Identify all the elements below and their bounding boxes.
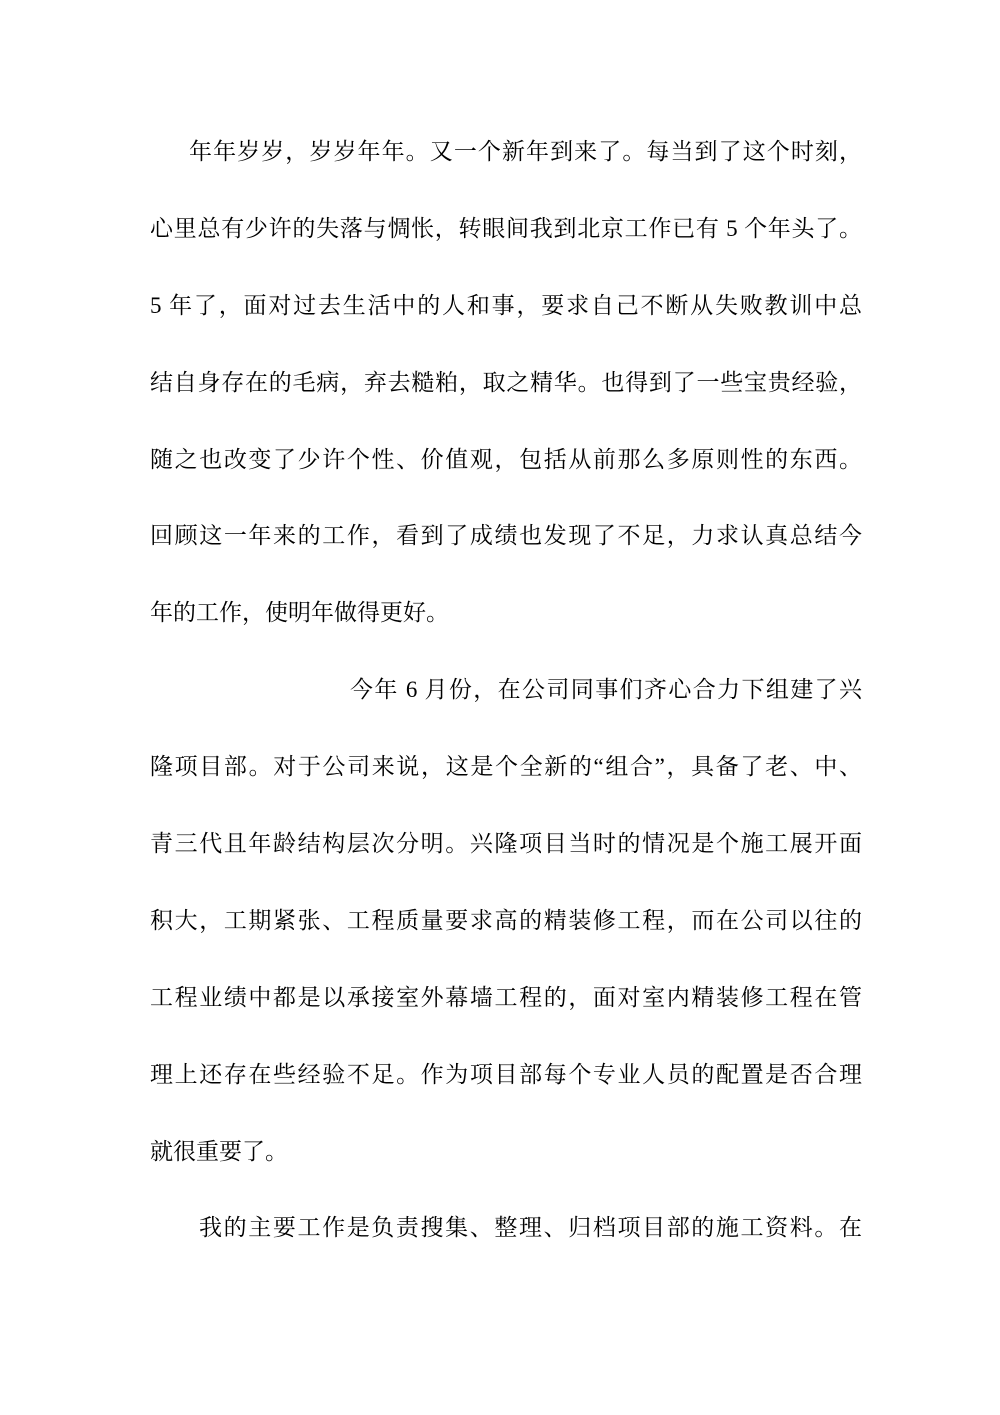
text-line: 心里总有少许的失落与惆怅，转眼间我到北京工作已有 5 个年头了。 (150, 191, 862, 268)
text-line: 结自身存在的毛病，弃去糙粕，取之精华。也得到了一些宝贵经验， (150, 345, 862, 422)
paragraph-1: 年年岁岁，岁岁年年。又一个新年到来了。每当到了这个时刻， 心里总有少许的失落与惆… (150, 114, 862, 652)
text-line: 年年岁岁，岁岁年年。又一个新年到来了。每当到了这个时刻， (150, 114, 862, 191)
text-line: 青三代且年龄结构层次分明。兴隆项目当时的情况是个施工展开面 (150, 806, 862, 883)
text-line: 积大，工期紧张、工程质量要求高的精装修工程，而在公司以往的 (150, 883, 862, 960)
text-line: 我的主要工作是负责搜集、整理、归档项目部的施工资料。在 (150, 1190, 862, 1267)
text-line: 隆项目部。对于公司来说，这是个全新的“组合”，具备了老、中、 (150, 729, 862, 806)
text-line: 年的工作，使明年做得更好。 (150, 575, 862, 652)
text-line: 理上还存在些经验不足。作为项目部每个专业人员的配置是否合理 (150, 1037, 862, 1114)
text-line: 就很重要了。 (150, 1114, 862, 1191)
paragraph-2: 今年 6 月份，在公司同事们齐心合力下组建了兴 隆项目部。对于公司来说，这是个全… (150, 652, 862, 1190)
text-line: 今年 6 月份，在公司同事们齐心合力下组建了兴 (150, 652, 862, 729)
text-line: 5 年了，面对过去生活中的人和事，要求自己不断从失败教训中总 (150, 268, 862, 345)
document-text-block: 年年岁岁，岁岁年年。又一个新年到来了。每当到了这个时刻， 心里总有少许的失落与惆… (150, 114, 862, 1267)
document-page: 年年岁岁，岁岁年年。又一个新年到来了。每当到了这个时刻， 心里总有少许的失落与惆… (0, 0, 1000, 1415)
text-line: 回顾这一年来的工作，看到了成绩也发现了不足，力求认真总结今 (150, 498, 862, 575)
text-line: 随之也改变了少许个性、价值观，包括从前那么多原则性的东西。 (150, 422, 862, 499)
paragraph-3: 我的主要工作是负责搜集、整理、归档项目部的施工资料。在 (150, 1190, 862, 1267)
text-line: 工程业绩中都是以承接室外幕墙工程的，面对室内精装修工程在管 (150, 960, 862, 1037)
